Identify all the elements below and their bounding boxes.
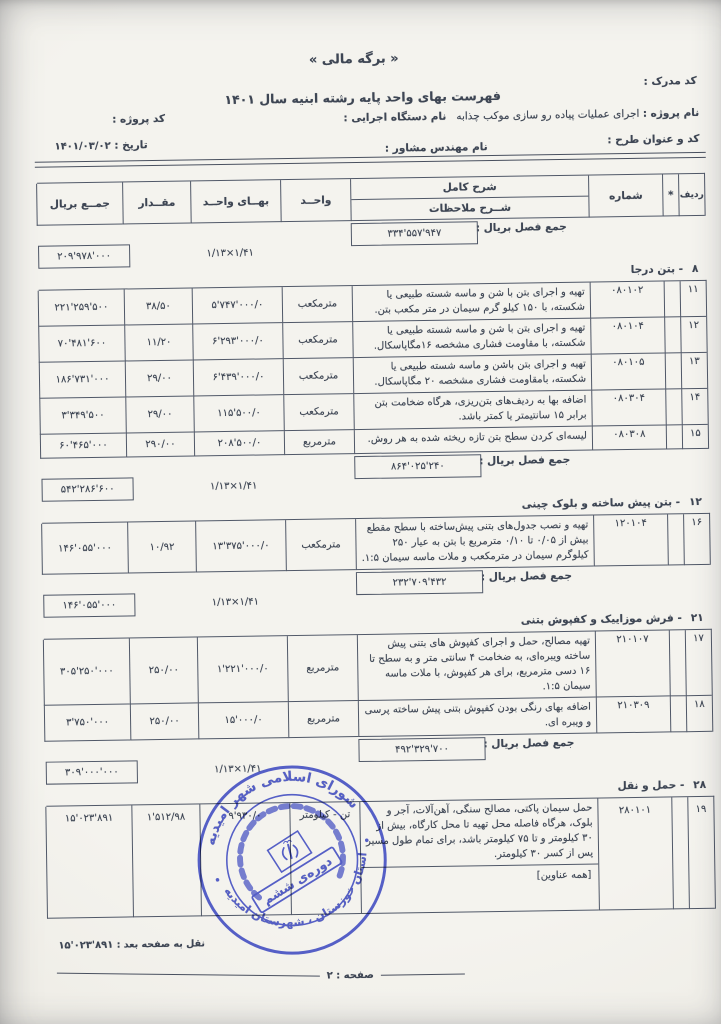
carry-forward: نقل به صفحه بعد : ۱۵'۰۲۳'۸۹۱ — [58, 938, 205, 951]
chapter-net-box: ۱۴۶'۰۵۵'۰۰۰ — [43, 593, 135, 617]
cell-item-no: ۲۱۰۳۰۹ — [596, 696, 671, 733]
col-row: ردیف — [678, 174, 705, 216]
cell-total: ۱۸۶'۷۳۱'۰۰۰ — [39, 361, 126, 398]
cell-unit: مترمکعب — [283, 394, 354, 431]
coefficient: ۱/۱۳×۱/۴۱ — [193, 596, 277, 608]
cell-unit-price: ۱۳'۳۷۵'۰۰۰/۰ — [195, 520, 286, 572]
consultant-label: نام مهندس مشاور : — [385, 141, 488, 155]
chapter-sum-box: ۸۶۴'۰۲۵'۲۴۰ — [354, 454, 481, 479]
cell-unit: مترمکعب — [282, 286, 353, 323]
chapter-net-box: ۳۰۹'۰۰۰'۰۰۰ — [46, 760, 138, 784]
cell-star — [671, 797, 689, 909]
col-unit: واحــد — [280, 179, 351, 222]
cell-total: ۶۰'۴۶۵'۰۰۰ — [40, 433, 126, 458]
doc-subtitle: فهرست بهای واحد پایه رشته ابنیه سال ۱۴۰۱ — [224, 88, 501, 107]
page-number: صفحه : ۲ — [327, 970, 374, 982]
project-name-label: نام پروژه : — [643, 107, 700, 120]
cell-qty: ۲۹/۰۰ — [125, 396, 194, 433]
date-value: ۱۴۰۱/۰۳/۰۲ — [54, 141, 110, 153]
col-desc-notes: شــرح ملاحظات — [351, 197, 588, 221]
cell-item-no: ۰۸۰۳۰۴ — [591, 389, 666, 426]
col-total: جمــع بریال — [36, 183, 123, 226]
section-8-rows: ۱۱ ۰۸۰۱۰۲ تهیه و اجرای بتن با شن و ماسه … — [39, 280, 709, 459]
chapter-sum-label: جمع فصل بریال : — [483, 737, 597, 751]
cell-row-no: ۱۹ — [687, 797, 715, 909]
cell-qty: ۳۸/۵۰ — [124, 288, 193, 325]
col-star: * — [662, 174, 679, 216]
plan-label: کد و عنوان طرح : — [607, 133, 699, 146]
col-description: شرح کامل شــرح ملاحظات — [350, 176, 589, 222]
cell-unit: مترمکعب — [285, 519, 356, 571]
stamp-arc-bottom-text: استان خوزستان ، شهرستان امیدیه — [220, 848, 383, 946]
project-code-label: کد پروژه : — [112, 113, 165, 126]
cell-item-no: ۰۸۰۱۰۲ — [590, 281, 665, 318]
cell-desc: تهیه و اجرای بتن با شن و ماسه شسته طبیعی… — [352, 283, 591, 323]
rule-right — [381, 974, 465, 976]
carry-in-sum-block: جمع فصل بریال : ۳۳۴'۵۵۷'۹۴۷ ۱/۱۳×۱/۴۱ ۲۰… — [38, 218, 707, 269]
chapter-sum-box: ۳۳۴'۵۵۷'۹۴۷ — [351, 221, 478, 246]
carry-forward-value: ۱۵'۰۲۳'۸۹۱ — [58, 940, 113, 952]
cell-desc: تهیه و اجرای بتن باشن و ماسه شسته طبیعی … — [353, 355, 592, 395]
col-quantity: مقــدار — [122, 181, 191, 224]
cell-unit-price: ۵'۷۴۷'۰۰۰/۰ — [192, 287, 283, 324]
coefficient: ۱/۱۳×۱/۴۱ — [192, 480, 276, 492]
section-21-rows: ۱۷ ۲۱۰۱۰۷ تهیه مصالح، حمل و اجرای کفپوش … — [44, 629, 713, 742]
document-header: « برگه مالی » کد مدرک : فهرست بهای واحد … — [0, 0, 713, 5]
cell-desc: تهیه و اجرای بتن با شن و ماسه شسته طبیعی… — [352, 319, 591, 359]
cell-star — [665, 353, 682, 389]
cell-total: ۲۲۱'۲۵۹'۵۰۰ — [38, 289, 125, 326]
cell-row-no: ۱۱ — [680, 281, 707, 317]
header-divider — [35, 152, 706, 168]
cell-qty: ۱۰/۹۲ — [127, 521, 196, 573]
cell-total: ۷۰'۴۸۱'۶۰۰ — [38, 325, 125, 362]
cell-unit: مترمکعب — [283, 358, 354, 395]
cell-unit-price: ۶'۴۳۹'۰۰۰/۰ — [193, 359, 284, 396]
cell-qty: ۱۱/۲۰ — [124, 324, 193, 361]
section-8-sum-block: جمع فصل بریال : ۸۶۴'۰۲۵'۲۴۰ ۱/۱۳×۱/۴۱ ۵۴… — [41, 451, 710, 502]
cell-desc: لیسه‌ای کردن سطح بتن تازه ریخته شده به ه… — [354, 427, 592, 455]
desc-text: حمل سیمان پاکتی، مصالح سنگی، آهن‌آلات، آ… — [364, 801, 593, 864]
cell-unit: مترمربع — [288, 701, 359, 738]
cell-total: ۳۰۵'۲۵۰'۰۰۰ — [43, 638, 130, 705]
scanned-financial-sheet: « برگه مالی » کد مدرک : فهرست بهای واحد … — [0, 0, 721, 1024]
cell-unit: مترمکعب — [282, 322, 353, 359]
cell-total: ۱۵'۰۲۳'۸۹۱ — [45, 805, 133, 918]
cell-item-no: ۰۸۰۱۰۵ — [591, 353, 666, 390]
cell-qty: ۲۹۰/۰۰ — [126, 432, 194, 457]
iran-emblem-icon — [280, 839, 299, 860]
cell-item-no: ۱۲۰۱۰۴ — [593, 514, 668, 566]
rule-left — [57, 973, 320, 977]
cell-unit-price: ۶'۲۹۳'۰۰۰/۰ — [192, 323, 283, 360]
section-12-rows: ۱۶ ۱۲۰۱۰۴ تهیه و نصب جدول‌های بتنی پیش‌س… — [42, 513, 711, 575]
cell-qty: ۲۵۰/۰۰ — [130, 703, 199, 740]
cell-qty: ۲۹/۰۰ — [125, 360, 194, 397]
cell-row-no: ۱۲ — [680, 317, 707, 353]
cell-total: ۳'۳۴۹'۵۰۰ — [39, 397, 126, 434]
chapter-sum-box: ۴۹۲'۳۲۹'۷۰۰ — [358, 737, 485, 762]
cell-star — [665, 389, 682, 425]
cell-unit-price: ۱۱۵'۵۰۰/۰ — [193, 395, 284, 432]
cell-row-no: ۱۸ — [686, 696, 713, 732]
chapter-sum-label: جمع فصل بریال : — [476, 221, 590, 235]
cell-unit: مترمربع — [284, 430, 354, 455]
chapter-net-box: ۲۰۹'۹۷۸'۰۰۰ — [38, 244, 130, 268]
section-21-sum-block: جمع فصل بریال : ۴۹۲'۳۲۹'۷۰۰ ۱/۱۳×۱/۴۱ ۳۰… — [45, 734, 714, 785]
cell-desc: اضافه بهای رنگی بودن کفپوش بتنی پیش ساخت… — [358, 698, 597, 738]
chapter-net-box: ۵۴۲'۲۸۶'۶۰۰ — [41, 477, 133, 501]
coefficient: ۱/۱۳×۱/۴۱ — [188, 247, 272, 259]
cell-desc: تهیه مصالح، حمل و اجرای کفپوش های بتنی پ… — [357, 632, 596, 702]
cell-item-no: ۰۸۰۱۰۴ — [590, 317, 665, 354]
cell-star — [669, 630, 686, 696]
col-number: شماره — [588, 174, 663, 217]
stamp-dot-left — [215, 878, 219, 882]
cell-star — [670, 696, 687, 732]
cell-star — [667, 514, 684, 565]
cell-item-no: ۲۸۰۱۰۱ — [597, 797, 673, 910]
col-unit-price: بهــای واحــد — [190, 180, 281, 223]
agency-label: نام دستگاه اجرایی : — [343, 111, 446, 125]
sheet-content: « برگه مالی » کد مدرک : فهرست بهای واحد … — [0, 0, 721, 1024]
cell-desc: اضافه بها به ردیف‌های بتن‌ریزی، هرگاه ضخ… — [353, 391, 592, 431]
page-title: « برگه مالی » — [309, 51, 399, 67]
cell-row-no: ۱۷ — [685, 630, 712, 696]
project-line: نام پروژه : اجرای عملیات پیاده رو سازی م… — [343, 107, 699, 124]
chapter-sum-box: ۲۳۲'۷۰۹'۴۳۲ — [356, 570, 483, 595]
cell-star — [664, 317, 681, 353]
doc-code-label: کد مدرک : — [644, 75, 697, 88]
cell-star — [666, 425, 682, 449]
chapter-sum-label: جمع فصل بریال : — [481, 570, 595, 584]
cell-row-no: ۱۳ — [681, 353, 708, 389]
cell-unit-price: ۲۰۸'۵۰۰/۰ — [194, 431, 284, 456]
stamp-dot-right — [365, 838, 369, 842]
cell-unit-price: ۱'۲۲۱'۰۰۰/۰ — [197, 636, 288, 703]
cell-total: ۱۴۶'۰۵۵'۰۰۰ — [41, 522, 128, 574]
cell-item-no: ۲۱۰۱۰۷ — [595, 630, 670, 697]
cell-item-no: ۰۸۰۳۰۸ — [592, 425, 666, 450]
project-name-value: اجرای عملیات پیاده رو سازی موکب چذابه — [456, 108, 639, 123]
cell-qty: ۲۵۰/۰۰ — [129, 637, 198, 704]
cell-unit: مترمربع — [287, 635, 358, 702]
date-line: تاریخ : ۱۴۰۱/۰۳/۰۲ — [54, 139, 147, 152]
cell-row-no: ۱۵ — [682, 425, 708, 449]
chapter-sum-label: جمع فصل بریال : — [479, 454, 593, 468]
table-header: ردیف * شماره شرح کامل شــرح ملاحظات واحـ… — [37, 173, 706, 226]
cell-unit-price: ۱۵'۰۰۰/۰ — [198, 702, 289, 739]
cell-star — [664, 281, 681, 317]
cell-total: ۳'۷۵۰'۰۰۰ — [44, 704, 131, 741]
cell-row-no: ۱۴ — [681, 389, 708, 425]
cell-desc: تهیه و نصب جدول‌های بتنی پیش‌ساخته با سط… — [355, 516, 594, 571]
cell-row-no: ۱۶ — [683, 514, 710, 565]
page-number-line: صفحه : ۲ — [57, 969, 465, 986]
section-12-sum-block: جمع فصل بریال : ۲۳۲'۷۰۹'۴۳۲ ۱/۱۳×۱/۴۱ ۱۴… — [43, 567, 712, 618]
